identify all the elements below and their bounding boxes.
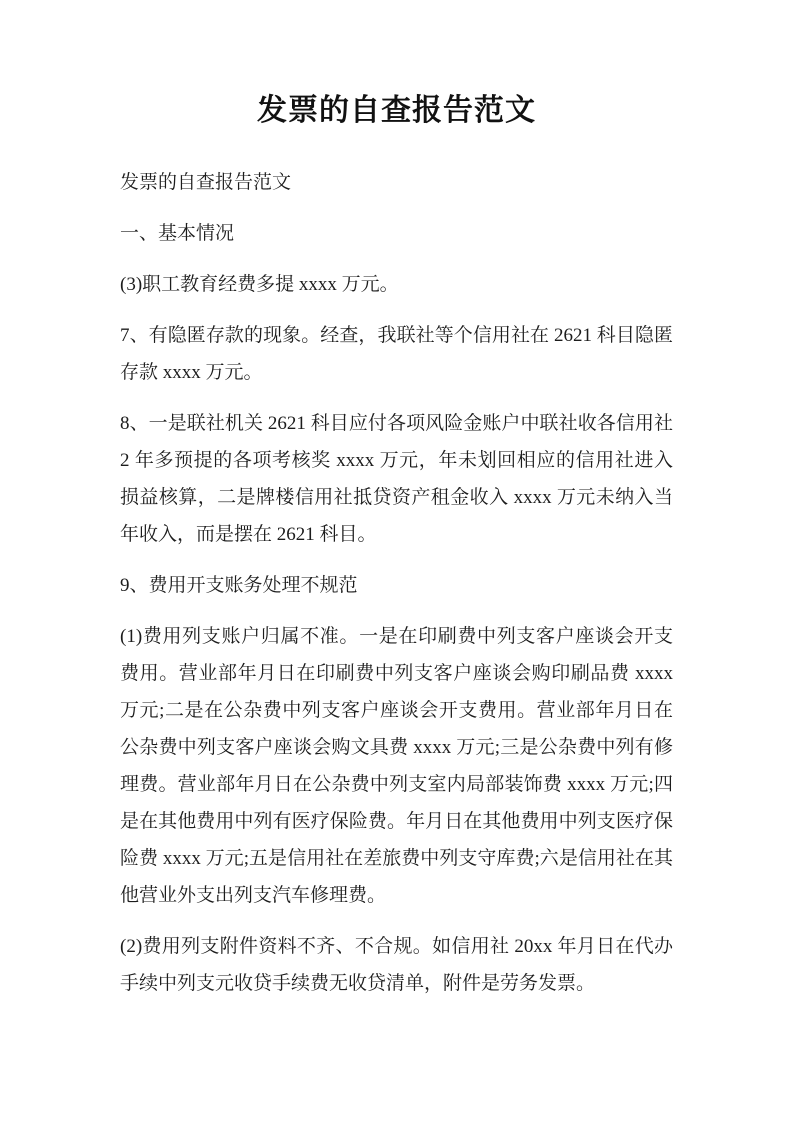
paragraph: (2)费用列支附件资料不齐、不合规。如信用社 20xx 年月日在代办手续中列支元… (120, 928, 673, 1002)
paragraph: 发票的自查报告范文 (120, 164, 673, 201)
paragraph: (1)费用列支账户归属不准。一是在印刷费中列支客户座谈会开支费用。营业部年月日在… (120, 618, 673, 914)
paragraph: 9、费用开支账务处理不规范 (120, 567, 673, 604)
paragraph: 8、一是联社机关 2621 科目应付各项风险金账户中联社收各信用社 2 年多预提… (120, 405, 673, 553)
document-body: 发票的自查报告范文 发票的自查报告范文一、基本情况(3)职工教育经费多提 xxx… (0, 90, 793, 1002)
document-title: 发票的自查报告范文 (120, 90, 673, 132)
paragraph: (3)职工教育经费多提 xxxx 万元。 (120, 266, 673, 303)
paragraph-list: 发票的自查报告范文一、基本情况(3)职工教育经费多提 xxxx 万元。7、有隐匿… (120, 164, 673, 1002)
document-page: 发票的自查报告范文 发票的自查报告范文一、基本情况(3)职工教育经费多提 xxx… (0, 0, 793, 1122)
paragraph: 7、有隐匿存款的现象。经查，我联社等个信用社在 2621 科目隐匿存款 xxxx… (120, 317, 673, 391)
paragraph: 一、基本情况 (120, 215, 673, 252)
